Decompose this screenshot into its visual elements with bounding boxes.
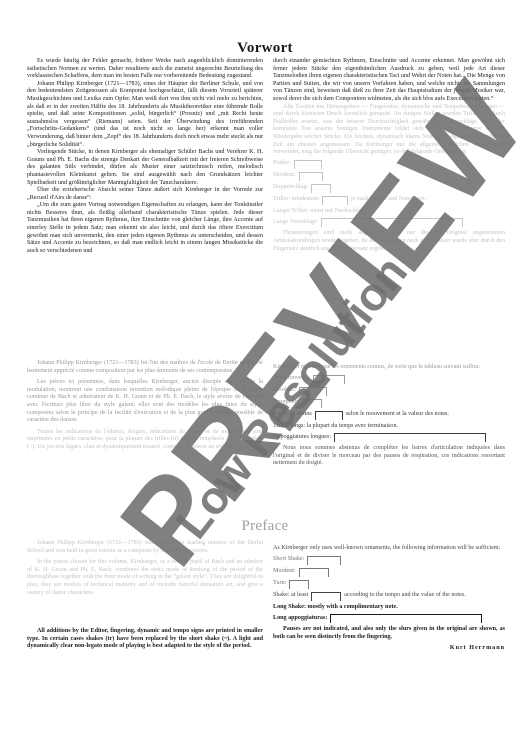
english-left-column: Johann Philipp Kirnberger (1721—1783) wa…	[27, 540, 263, 597]
ornament-row: Long appoggiaturas:	[273, 614, 505, 623]
score-preface-page: Vorwort Es wurde häufig der Fehler gemac…	[0, 0, 530, 750]
english-paragraph: As Kirnberger only uses well-known ornam…	[273, 545, 505, 553]
english-ornament-table: Short Shake: Mordent: Turn: Shake: at le…	[273, 556, 505, 624]
english-paragraph: In the pieces chosen for this volume, Ki…	[27, 559, 263, 597]
music-notation-icon	[321, 218, 463, 227]
ornament-row: Long Shake: mostly with a complimentary …	[273, 604, 505, 612]
ornament-row: Doppelschlag:	[273, 184, 505, 193]
ornament-row: Short Shake:	[273, 556, 505, 565]
french-left-column: Johann Philipp Kirnberger (1721—1783) fu…	[27, 360, 263, 452]
music-notation-icon	[330, 614, 482, 623]
ornament-row: Turn:	[273, 580, 505, 589]
ornament-row: Gruppetto:	[273, 399, 505, 408]
ornament-row: Lange Vorschläge:	[273, 218, 505, 227]
english-paragraph: All additions by the Editor, fingering, …	[27, 628, 263, 651]
english-right-column: As Kirnberger only uses well-known ornam…	[273, 545, 505, 653]
english-editor-note: All additions by the Editor, fingering, …	[27, 628, 263, 651]
german-heading: Vorwort	[0, 40, 530, 57]
music-notation-icon	[307, 556, 341, 565]
music-notation-icon	[302, 399, 322, 408]
french-paragraph: Nous nous sommes abstenus de compléter l…	[273, 445, 505, 468]
german-left-column: Es wurde häufig der Fehler gemacht, früh…	[27, 58, 263, 255]
english-heading: Preface	[0, 518, 530, 535]
music-notation-icon	[299, 172, 323, 181]
english-paragraph: Pauses are not indicated, and also only …	[273, 626, 505, 641]
music-notation-icon	[313, 375, 345, 384]
french-paragraph: Les pièces ici présentées, dans lesquell…	[27, 379, 263, 425]
music-notation-icon	[315, 411, 343, 420]
french-paragraph: Kirnberger n'utilise que les ornements c…	[273, 364, 505, 372]
ornament-row: Trilles longs: la plupart du temps avec …	[273, 423, 505, 431]
editor-signature: Kurt Herrmann	[273, 645, 505, 653]
ornament-row: Mordent:	[273, 172, 505, 181]
music-notation-icon	[311, 592, 341, 601]
german-paragraph: Über die erzieherische Absicht seiner Tä…	[27, 187, 263, 202]
ornament-row: Praller:	[273, 160, 505, 169]
music-notation-icon	[322, 196, 348, 205]
german-paragraph: durch einander gemischten Rythmen, Einsc…	[273, 58, 505, 104]
german-right-column: durch einander gemischten Rythmen, Einsc…	[273, 58, 505, 253]
ornament-row: Shake: at leastaccording to the tempo an…	[273, 592, 505, 601]
ornament-row: Trille: au moinsselon le mouvement et la…	[273, 411, 505, 420]
german-paragraph: Vorliegende Stücke, in denen Kirnberger …	[27, 149, 263, 187]
music-notation-icon	[299, 568, 329, 577]
german-paragraph: „Um die zum guten Vortrag notwendigen Ei…	[27, 202, 263, 255]
french-paragraph: Toutes les indications de l'éditeur, doi…	[27, 429, 263, 452]
german-paragraph: Phrasierungen sind nicht angegeben, und …	[273, 230, 505, 253]
french-ornament-table: Pincé renversé: Mordant: Gruppetto: Tril…	[273, 375, 505, 443]
music-notation-icon	[311, 184, 331, 193]
german-ornament-table: Praller: Mordent: Doppelschlag: Triller:…	[273, 160, 505, 228]
ornament-row: Mordant:	[273, 387, 505, 396]
german-paragraph: Johann Philipp Kirnberger (1721—1783), e…	[27, 81, 263, 149]
french-paragraph: Johann Philipp Kirnberger (1721—1783) fu…	[27, 360, 263, 375]
music-notation-icon	[334, 433, 486, 442]
ornament-row: Pincé renversé:	[273, 375, 505, 384]
music-notation-icon	[289, 580, 309, 589]
music-notation-icon	[294, 160, 322, 169]
ornament-row: Triller: mindestensje nach Tempo und Not…	[273, 196, 505, 205]
music-notation-icon	[299, 387, 327, 396]
german-paragraph: Es wurde häufig der Fehler gemacht, früh…	[27, 58, 263, 81]
english-paragraph: Johann Philipp Kirnberger (1721—1783) wa…	[27, 540, 263, 555]
ornament-row: Mordent:	[273, 568, 505, 577]
german-paragraph: Alle Zusätze des Herausgebers — Fingersä…	[273, 104, 505, 157]
ornament-row: Appoggiatures longues:	[273, 433, 505, 442]
french-right-column: Kirnberger n'utilise que les ornements c…	[273, 364, 505, 468]
ornament-row: Langer Triller: meist mit Nachschlag.	[273, 208, 505, 216]
